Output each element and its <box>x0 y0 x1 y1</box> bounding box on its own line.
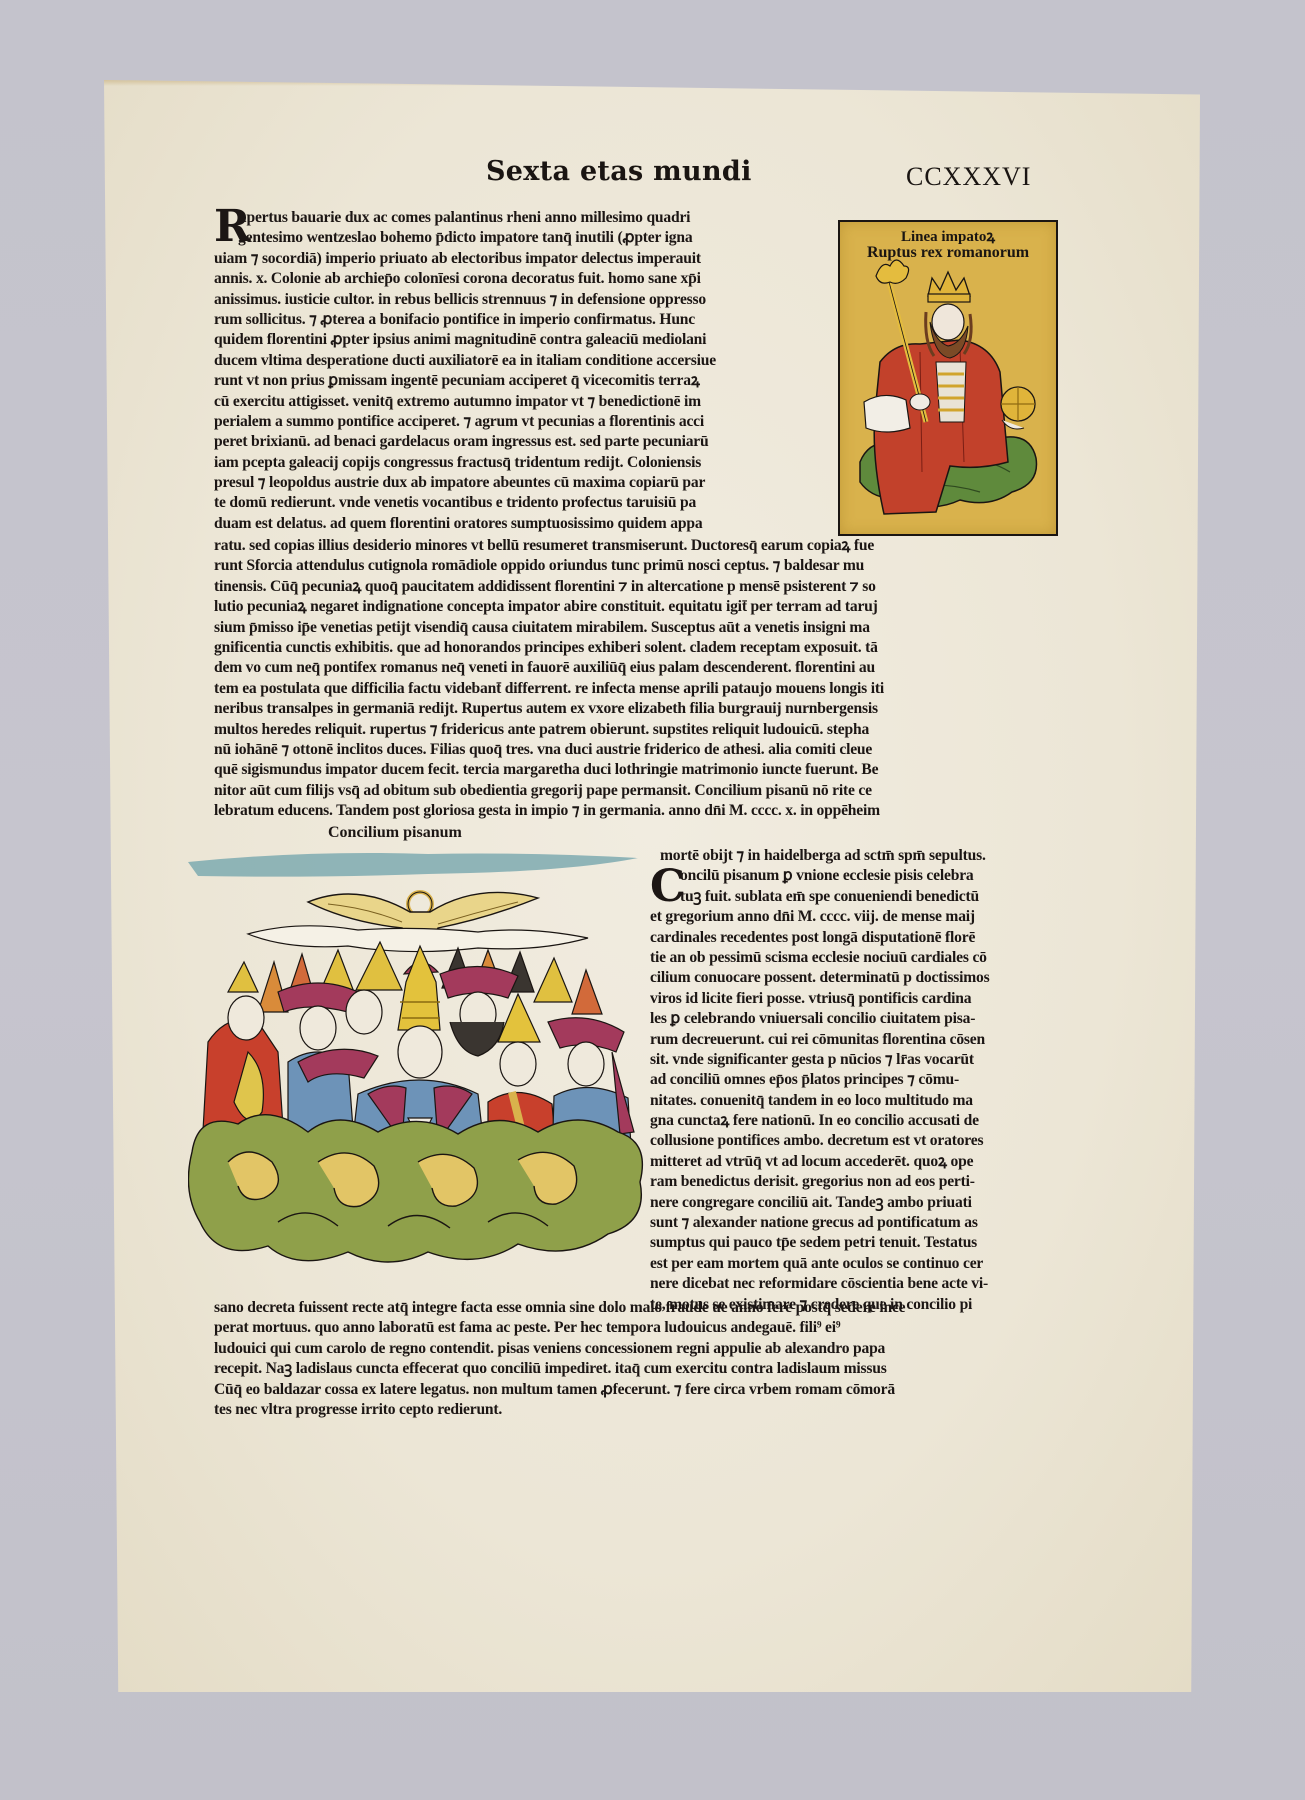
text-line: uiam ⁊ socordiā) imperio priuato ab elec… <box>214 249 834 269</box>
text-line: nere dicebat nec reformidare cōscientia … <box>650 1274 1065 1294</box>
text-line: gna cunctaꝝ fere nationū. In eo concilio… <box>650 1111 1065 1131</box>
emperor-woodcut: Linea impatoꝝ Ruptus rex romanorum <box>838 220 1058 536</box>
text-line: tuꝫ fuit. sublata em̄ spe conueniendi be… <box>650 887 1065 907</box>
text-line: ludouici qui cum carolo de regno contend… <box>214 1339 1064 1359</box>
text-line: sano decreta fuissent recte atq̄ integre… <box>214 1298 1064 1318</box>
text-line: perat mortuus. quo anno laboratū est fam… <box>214 1318 1064 1338</box>
text-line: mitteret ad vtrūq̄ vt ad locum accederēt… <box>650 1152 1065 1172</box>
text-line: ducem vltima desperatione ducti auxiliat… <box>214 351 834 371</box>
text-line: anissimus. iusticie cultor. in rebus bel… <box>214 290 834 310</box>
emperor-figure-illustration <box>840 222 1056 534</box>
text-line: duam est delatus. ad quem florentini ora… <box>214 514 834 534</box>
text-line: peret brixianū. ad benaci gardelacus ora… <box>214 432 834 452</box>
text-line: tem ea postulata que difficilia factu vi… <box>214 679 1064 699</box>
text-line: multos heredes reliquit. rupertus ⁊ frid… <box>214 720 1064 740</box>
text-line: cilium conuocare possent. determinatū p … <box>650 968 1065 988</box>
photograph-of-leaf: Sexta etas mundi CCXXXVI R upertus bauar… <box>0 0 1305 1800</box>
text-line: runt vt non prius ꝑmissam ingentē pecuni… <box>214 371 834 391</box>
text-line: mortē obijt ⁊ in haidelberga ad sctm̄ sp… <box>650 846 1065 866</box>
text-line: sium p̄misso ip̄e venetias petijt visend… <box>214 618 1064 638</box>
text-line: upertus bauarie dux ac comes palantinus … <box>214 208 834 228</box>
text-column-right: mortē obijt ⁊ in haidelberga ad sctm̄ sp… <box>650 846 1065 1315</box>
text-line: sit. vnde significanter gesta p nūcios ⁊… <box>650 1050 1065 1070</box>
council-of-pisa-illustration <box>188 842 648 1272</box>
text-line: iam pcepta galeacij copijs congressus fr… <box>214 453 834 473</box>
text-column-main: upertus bauarie dux ac comes palantinus … <box>214 208 834 534</box>
text-section-full-width: ratu. sed copias illius desiderio minore… <box>214 536 1064 821</box>
text-line: lutio pecuniaꝝ negaret indignatione conc… <box>214 597 1064 617</box>
text-line: te domū redierunt. vnde venetis vocantib… <box>214 493 834 513</box>
text-line: oncilū pisanum ꝑ vnione ecclesie pisis c… <box>650 866 1065 886</box>
text-line: neribus transalpes in germaniā redijt. R… <box>214 699 1064 719</box>
text-line: ad conciliū omnes ep̄os p̄latos principe… <box>650 1070 1065 1090</box>
text-line: ratu. sed copias illius desiderio minore… <box>214 536 1064 556</box>
text-line: annis. x. Colonie ab archiep̄o colonīesi… <box>214 269 834 289</box>
text-line: dem vo cum neq̄ pontifex romanus neq̄ ve… <box>214 658 1064 678</box>
council-woodcut <box>188 842 648 1272</box>
text-line: tes nec vltra progresse irrito cepto red… <box>214 1400 1064 1420</box>
text-line: ram benedictus derisit. gregorius non ad… <box>650 1172 1065 1192</box>
text-line: tie an ob pessimū scisma ecclesie nociuū… <box>650 948 1065 968</box>
text-line: presul ⁊ leopoldus austrie dux ab impato… <box>214 473 834 493</box>
text-line: viros id licite fieri posse. vtriusq̄ po… <box>650 989 1065 1009</box>
text-line: rum sollicitus. ⁊ ꝓterea a bonifacio pon… <box>214 310 834 330</box>
text-line: quē sigismundus impator ducem fecit. ter… <box>214 760 1064 780</box>
text-line: rum decreuerunt. cui rei cōmunitas flore… <box>650 1030 1065 1050</box>
folio-number: CCXXXVI <box>906 162 1031 192</box>
text-line: nere congregare conciliū ait. Tandeꝫ amb… <box>650 1193 1065 1213</box>
text-line: recepit. Naꝫ ladislaus cuncta effecerat … <box>214 1359 1064 1379</box>
text-line: sunt ⁊ alexander natione grecus ad ponti… <box>650 1213 1065 1233</box>
text-line: nū iohānē ⁊ ottonē inclitos duces. Filia… <box>214 740 1064 760</box>
running-head: Sexta etas mundi <box>486 156 752 187</box>
paper-edge-stain <box>104 80 1200 86</box>
text-line: runt Sforcia attendulus cutignola romādi… <box>214 556 1064 576</box>
text-line: sumptus qui pauco tp̄e sedem petri tenui… <box>650 1233 1065 1253</box>
text-line: cardinales recedentes post longā disputa… <box>650 928 1065 948</box>
text-line: cū exercitu attigisset. venitq̄ extremo … <box>214 392 834 412</box>
text-line: collusione pontifices ambo. decretum est… <box>650 1131 1065 1151</box>
council-woodcut-title: Concilium pisanum <box>328 824 462 842</box>
text-line: lebratum educens. Tandem post gloriosa g… <box>214 801 1064 821</box>
text-line: tinensis. Cūq̄ pecuniaꝝ quoq̄ paucitatem… <box>214 577 1064 597</box>
text-line: Cūq̄ eo baldazar cossa ex latere legatus… <box>214 1380 1064 1400</box>
text-section-bottom: sano decreta fuissent recte atq̄ integre… <box>214 1298 1064 1420</box>
text-line: gentesimo wentzeslao bohemo p̄dicto impa… <box>214 228 834 248</box>
text-line: quidem florentini ꝓpter ipsius animi mag… <box>214 330 834 350</box>
text-line: est per eam mortem quā ante oculos se co… <box>650 1254 1065 1274</box>
text-line: et gregorium anno dn̄i M. cccc. viij. de… <box>650 907 1065 927</box>
text-line: perialem a summo pontifice acciperet. ⁊ … <box>214 412 834 432</box>
text-line: les ꝑ celebrando vniuersali concilio ciu… <box>650 1009 1065 1029</box>
text-line: nitates. conuenitq̄ tandem in eo loco mu… <box>650 1091 1065 1111</box>
text-line: nitor aūt cum filijs vsq̄ ad obitum sub … <box>214 781 1064 801</box>
text-line: gnificentia cunctis exhibitis. que ad ho… <box>214 638 1064 658</box>
